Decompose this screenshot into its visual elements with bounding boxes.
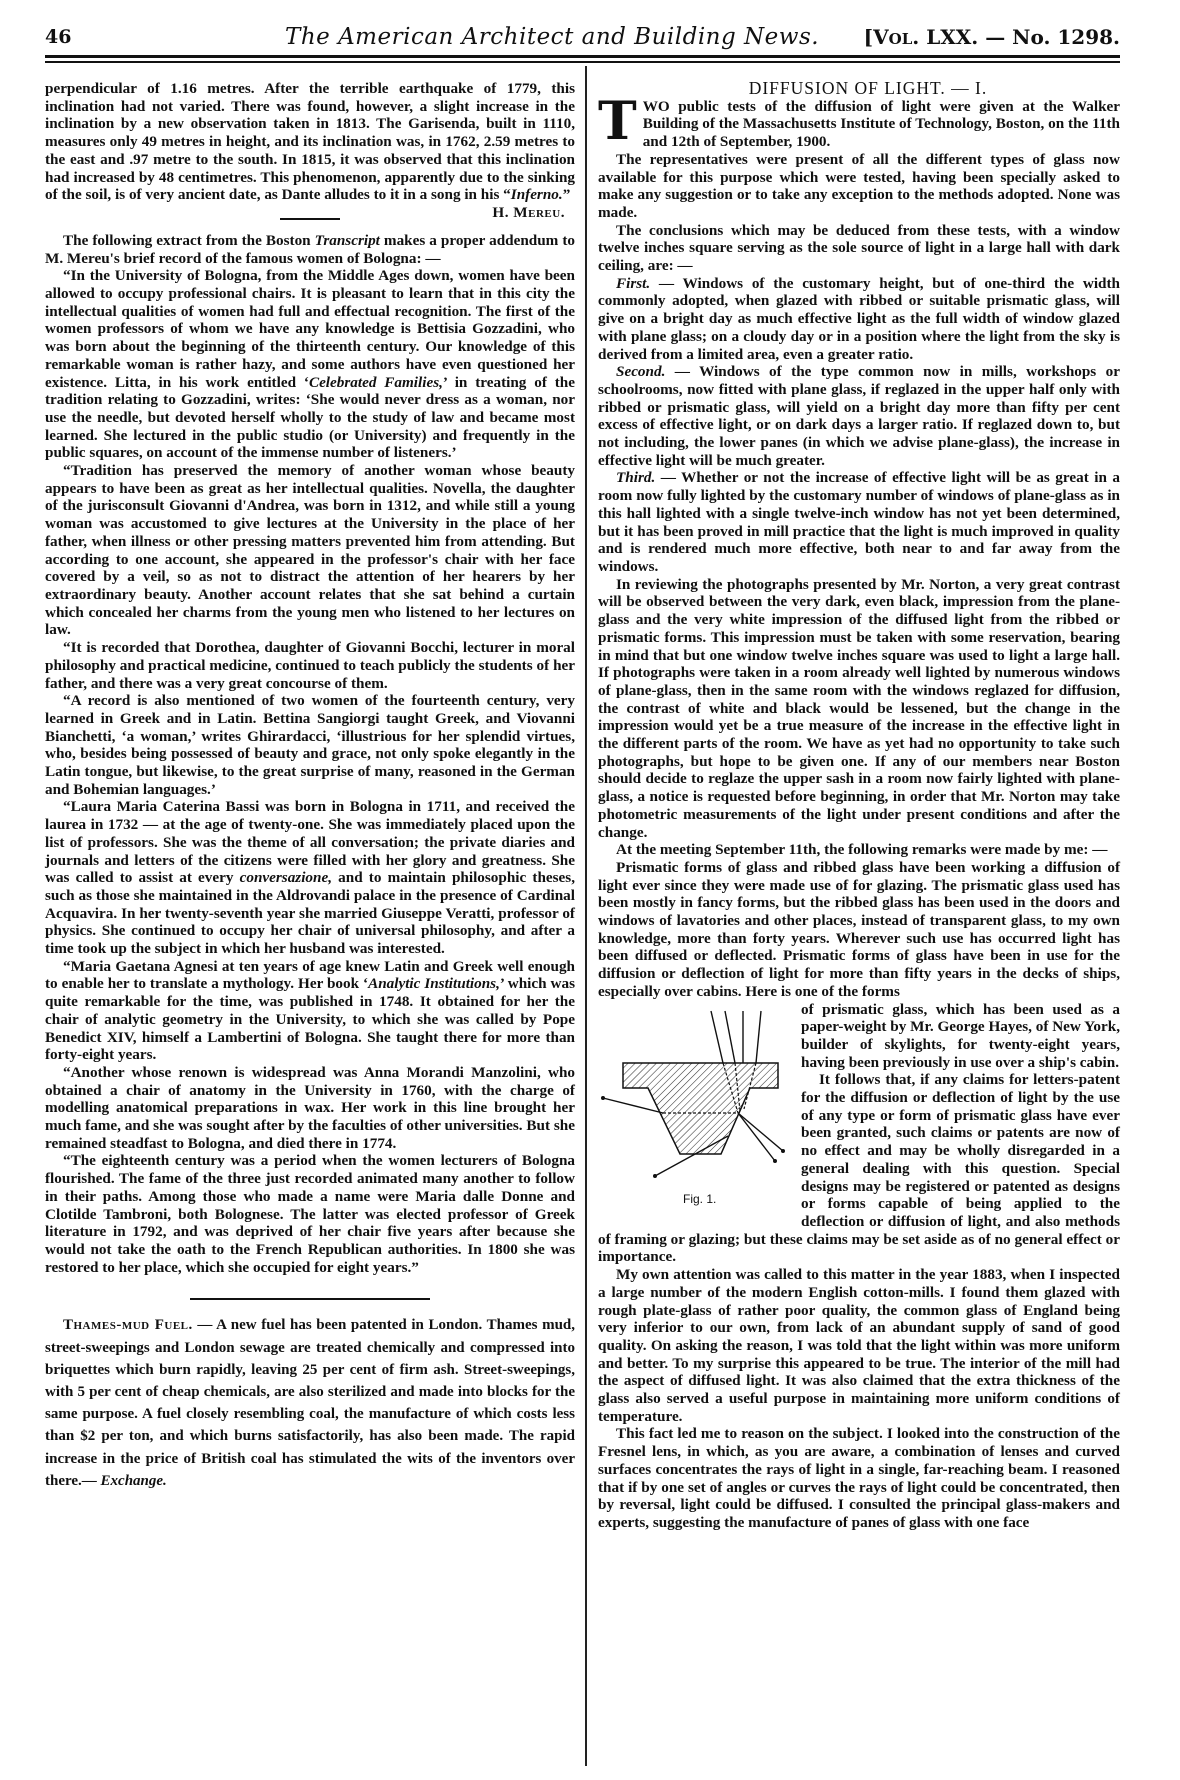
paragraph-text: Prismatic forms of glass and ribbed glas…: [598, 859, 1120, 1000]
prismatic-glass-diagram-icon: [598, 1001, 793, 1191]
conclusion-label: Second.: [616, 363, 665, 380]
figure-caption: Fig. 1.: [683, 1191, 716, 1209]
header-rule-thin: [45, 61, 1120, 63]
italic-text: Analytic Institutions,: [368, 975, 500, 992]
conclusion-second: Second. — Windows of the type common now…: [598, 363, 1120, 469]
italic-inferno: Inferno.: [511, 186, 563, 203]
author-signature: H. Mereu.: [492, 204, 565, 222]
conclusion-first: First. — Windows of the customary height…: [598, 275, 1120, 364]
paragraph-text: “In the University of Bologna, from the …: [45, 267, 575, 390]
quote-paragraph: “Tradition has preserved the memory of a…: [45, 462, 575, 639]
paragraph-text: “A record is also mentioned of two women…: [45, 692, 575, 798]
volume-small-caps: OL: [889, 30, 913, 48]
column-divider: [585, 66, 587, 1766]
quote-paragraph: “In the University of Bologna, from the …: [45, 267, 575, 462]
page-number: 46: [45, 26, 71, 48]
journal-title: The American Architect and Building News…: [285, 24, 819, 50]
paragraph-text: “Another whose renown is widespread was …: [45, 1064, 575, 1152]
paragraph-text: This fact led me to reason on the subjec…: [598, 1425, 1120, 1531]
conclusion-label: First.: [616, 275, 650, 292]
article-title: DIFFUSION OF LIGHT. — I.: [598, 80, 1120, 98]
paragraph-text: perpendicular of 1.16 metres. After the …: [45, 80, 575, 203]
paragraph-text: In reviewing the photographs presented b…: [598, 576, 1120, 841]
newspaper-page: 46 The American Architect and Building N…: [0, 0, 1180, 1780]
paragraph-text: — A new fuel has been patented in London…: [45, 1317, 575, 1488]
italic-text: conversazione,: [240, 869, 332, 886]
intro-paragraph: TWO public tests of the diffusion of lig…: [598, 98, 1120, 151]
quote-paragraph: “Laura Maria Caterina Bassi was born in …: [45, 798, 575, 957]
body-paragraph: This fact led me to reason on the subjec…: [598, 1425, 1120, 1531]
paragraph-text: The conclusions which may be deduced fro…: [598, 222, 1120, 274]
italic-text: Celebrated Families,: [309, 374, 443, 391]
quote-paragraph: “It is recorded that Dorothea, daughter …: [45, 639, 575, 692]
quote-paragraph: “The eighteenth century was a period whe…: [45, 1152, 575, 1276]
volume-number: [VOL. LXX. — No. 1298.: [864, 25, 1120, 49]
body-paragraph: The representatives were present of all …: [598, 151, 1120, 222]
body-paragraph: Prismatic forms of glass and ribbed glas…: [598, 859, 1120, 1001]
paragraph-text: The representatives were present of all …: [598, 151, 1120, 221]
quote-close: ”: [563, 186, 571, 203]
section-separator: [190, 1298, 430, 1300]
paragraph-text: — Windows of the type common now in mill…: [598, 363, 1120, 469]
right-column: DIFFUSION OF LIGHT. — I. TWO public test…: [598, 80, 1120, 1532]
drop-cap: T: [598, 100, 637, 144]
mereu-closing-paragraph: perpendicular of 1.16 metres. After the …: [45, 80, 575, 204]
page-header: 46 The American Architect and Building N…: [45, 22, 1120, 52]
paragraph-text: of prismatic glass, which has been used …: [801, 1001, 1120, 1071]
left-column: perpendicular of 1.16 metres. After the …: [45, 80, 575, 1492]
section-separator: [280, 218, 340, 220]
conclusion-label: Third.: [616, 469, 655, 486]
body-paragraph: My own attention was called to this matt…: [598, 1266, 1120, 1425]
paragraph-text: My own attention was called to this matt…: [598, 1266, 1120, 1425]
paragraph-text: — Whether or not the increase of effecti…: [598, 469, 1120, 575]
body-paragraph: In reviewing the photographs presented b…: [598, 576, 1120, 842]
paragraph-text: At the meeting September 11th, the follo…: [616, 841, 1107, 858]
conclusion-third: Third. — Whether or not the increase of …: [598, 469, 1120, 575]
paragraph-text: — Windows of the customary height, but o…: [598, 275, 1120, 363]
paragraph-text: “The eighteenth century was a period whe…: [45, 1152, 575, 1275]
quote-paragraph: “Another whose renown is widespread was …: [45, 1064, 575, 1153]
paragraph-text: The following extract from the Boston: [63, 232, 315, 249]
figure-prismatic-glass: Fig. 1.: [598, 1001, 793, 1213]
volume-rest: . LXX. — No. 1298.: [912, 25, 1120, 49]
paragraph-text: “It is recorded that Dorothea, daughter …: [45, 639, 575, 691]
quote-paragraph: “Maria Gaetana Agnesi at ten years of ag…: [45, 958, 575, 1064]
quote-paragraph: “A record is also mentioned of two women…: [45, 692, 575, 798]
thames-mud-fuel-paragraph: Thames-mud Fuel. — A new fuel has been p…: [45, 1314, 575, 1492]
fuel-heading: Thames-mud Fuel.: [63, 1317, 193, 1333]
body-paragraph: At the meeting September 11th, the follo…: [598, 841, 1120, 859]
extract-intro: The following extract from the Boston Tr…: [45, 232, 575, 267]
body-paragraph: The conclusions which may be deduced fro…: [598, 222, 1120, 275]
source-credit: Exchange.: [101, 1473, 167, 1489]
volume-prefix: [V: [864, 25, 889, 49]
paragraph-text: “Tradition has preserved the memory of a…: [45, 462, 575, 638]
italic-transcript: Transcript: [315, 232, 380, 249]
paragraph-text: WO public tests of the diffusion of ligh…: [643, 98, 1120, 150]
header-rule-thick: [45, 55, 1120, 58]
